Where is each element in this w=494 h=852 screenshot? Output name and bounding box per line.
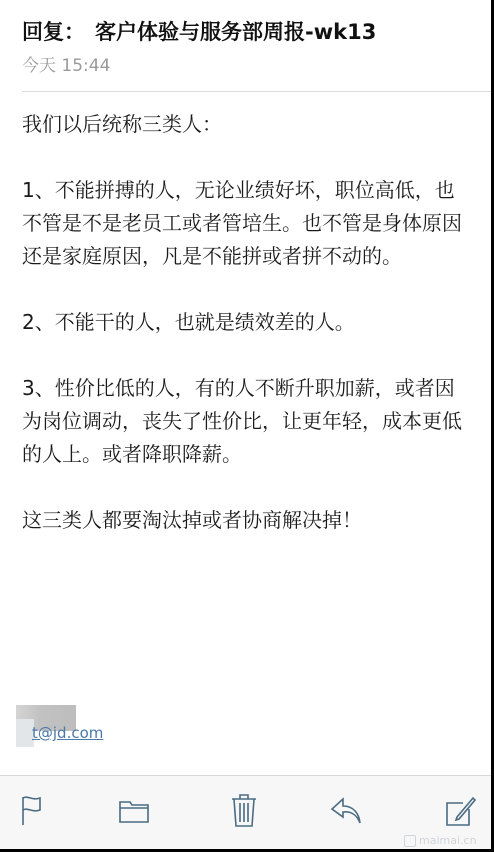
watermark-logo-icon	[404, 835, 416, 847]
move-to-folder-button[interactable]	[116, 792, 152, 828]
compose-icon	[443, 793, 477, 827]
body-item-3: 3、性价比低的人，有的人不断升职加薪，或者因为岗位调动，丧失了性价比，让更年轻，…	[22, 372, 472, 471]
paragraph-gap	[22, 273, 472, 306]
email-date: 今天 15:44	[22, 51, 472, 76]
paragraph-gap	[22, 471, 472, 504]
body-item-1: 1、不能拼搏的人，无论业绩好坏，职位高低，也不管是不是老员工或者管培生。也不管是…	[22, 174, 472, 273]
compose-button[interactable]	[442, 792, 478, 828]
watermark: maimai.cn	[404, 834, 477, 847]
paragraph-gap	[22, 141, 472, 174]
folder-icon	[118, 796, 150, 824]
body-conclusion: 这三类人都要淘汰掉或者协商解决掉！	[22, 504, 472, 537]
trash-icon	[230, 792, 258, 828]
watermark-text: maimai.cn	[419, 834, 477, 847]
reply-button[interactable]	[328, 792, 364, 828]
bottom-toolbar: maimai.cn	[0, 776, 491, 849]
reply-icon	[329, 795, 363, 825]
signature-email-link[interactable]: t@jd.com	[32, 724, 103, 742]
email-body: 我们以后统称三类人： 1、不能拼搏的人，无论业绩好坏，职位高低，也不管是不是老员…	[22, 108, 472, 537]
delete-button[interactable]	[226, 792, 262, 828]
email-header: 回复：客户体验与服务部周报-wk13 今天 15:44	[22, 16, 472, 76]
header-divider	[22, 91, 491, 92]
subject-text: 客户体验与服务部周报-wk13	[95, 20, 376, 44]
email-subject: 回复：客户体验与服务部周报-wk13	[22, 16, 472, 46]
subject-prefix: 回复：	[22, 20, 85, 44]
flag-button[interactable]	[12, 792, 48, 828]
body-intro: 我们以后统称三类人：	[22, 108, 472, 141]
body-item-2: 2、不能干的人，也就是绩效差的人。	[22, 306, 472, 339]
paragraph-gap	[22, 339, 472, 372]
email-view: 回复：客户体验与服务部周报-wk13 今天 15:44 我们以后统称三类人： 1…	[0, 0, 494, 852]
flag-icon	[16, 793, 44, 827]
